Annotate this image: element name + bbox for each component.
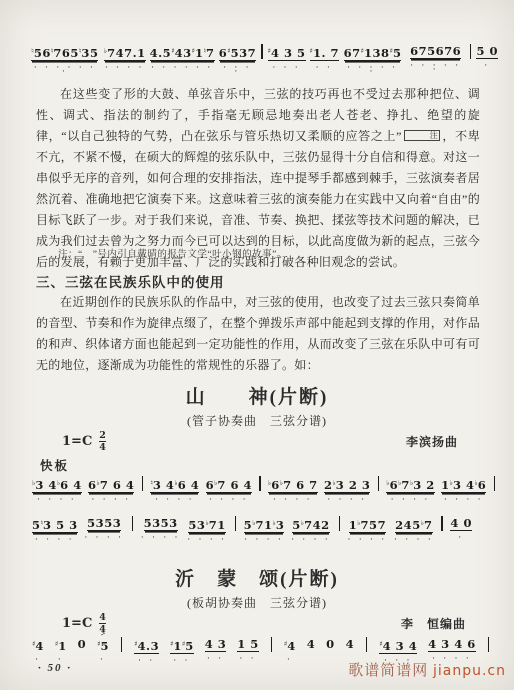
accidental: ♭ <box>268 478 271 487</box>
accidental: ♭ <box>386 478 389 487</box>
notation-notes: 0 <box>78 637 87 651</box>
notation-notes: 4 <box>346 637 355 651</box>
notation-group: 5♮3 5 3· · · · <box>32 516 78 541</box>
notation-notes: ♯1 <box>55 637 67 653</box>
octave-dots: · · · · <box>84 535 124 539</box>
notation-notes: 5♭71♭3 <box>244 516 285 533</box>
accidental: ♭ <box>97 478 100 487</box>
notation-group: 5♭71♭3· · · · <box>244 516 285 541</box>
notation-notes: ♭6♭7 6 7 <box>268 476 318 493</box>
accidental: ♭ <box>410 478 413 487</box>
notation-group: >♯5· <box>97 637 109 661</box>
accidental: ♯ <box>310 46 313 55</box>
octave-dots: · · · · <box>209 497 249 501</box>
notation-group: ♭6♭7 6 7· · · · <box>268 476 318 501</box>
notation-group: 5♭742· · · · <box>291 516 331 541</box>
accidental: ♯ <box>97 639 100 648</box>
notation-notes: 5♭742 <box>292 516 329 533</box>
notation-notes: 1 5 <box>237 637 259 652</box>
barline <box>132 516 133 531</box>
octave-dots: · <box>484 63 490 67</box>
piece2-key-row: 1=C 4 4 李 恒编曲 <box>62 613 466 634</box>
notation-group: ♯4· <box>284 637 296 661</box>
octave-dots: · · · · · · <box>343 65 402 73</box>
notation-notes: 6♯537 <box>219 44 256 61</box>
notation-notes: 5 0 <box>476 44 498 59</box>
accidental: ♭ <box>332 478 335 487</box>
octave-dots: · · <box>138 658 155 662</box>
accidental: ♯ <box>55 639 58 648</box>
octave-dots: · · · · · · <box>151 65 213 69</box>
notation-group: 4 3 4 6· · · · <box>428 637 476 660</box>
meter-numerator: 4 <box>99 613 106 623</box>
notation-group: 4 <box>346 637 355 651</box>
barline <box>259 476 260 491</box>
notation-group: ♭747.1· · · · <box>104 44 146 69</box>
notation-notes: 245♭7 <box>395 516 432 533</box>
notation-group: 53♭71· · · · <box>187 516 227 541</box>
notation-notes: ♭747.1 <box>104 44 146 61</box>
accidental: ♭ <box>214 478 217 487</box>
notation-group: 4 <box>307 637 316 651</box>
notation-notes: 6♭7 6 4 <box>206 476 252 493</box>
piece1-title: 山 神(片断) <box>0 382 514 409</box>
notation-group: 5353· · · · <box>141 516 181 539</box>
notation-notes: 5353 <box>144 516 178 531</box>
accidental: ♭ <box>205 518 208 527</box>
barline <box>235 516 236 531</box>
octave-dots: · · · · <box>141 535 181 539</box>
notation-notes: ♯4 3 4 <box>379 637 417 654</box>
piece2-key-signature: 1=C 4 4 <box>62 613 106 634</box>
notation-group: ♯4 3 5· · · <box>268 44 306 69</box>
octave-dots: · · · · <box>155 497 195 501</box>
section-heading: 三、三弦在民族乐队中的使用 <box>36 271 225 291</box>
barline <box>378 476 379 491</box>
notation-line-top: ♮56♮765♮35· · · · · · ·♭747.1· · · ·4.5♯… <box>28 44 500 73</box>
octave-dots: · · <box>207 656 224 660</box>
notation-group: 6♯537· · · · <box>219 44 257 73</box>
piece1-notation-line-2: 5♮3 5 3· · · ·5353· · · ·5353· · · ·53♭7… <box>30 516 474 541</box>
notation-notes: 4.5♯43♯1♮7 <box>150 44 215 61</box>
notation-group: 245♭7· · · · <box>394 516 434 541</box>
paragraph-2: 在近期创作的民族乐队的作品中，对三弦的使用，也改变了过去三弦只奏简单的音型、节奏… <box>36 292 480 376</box>
notation-group: ♯4· <box>32 637 44 661</box>
notation-group: ♮3 4♭6 4· · · · <box>150 476 199 501</box>
notation-notes: 6♭7 6 4 <box>88 476 134 493</box>
notation-group: ♭6♭7♭3 2· · · · <box>386 476 435 501</box>
barline <box>339 516 340 531</box>
notation-notes: ♯4 <box>32 637 44 653</box>
notation-notes: ♭6♭7♭3 2 <box>386 476 435 493</box>
notation-notes: ♯4.3 <box>134 637 159 654</box>
notation-notes: 4 0 <box>450 516 472 531</box>
accidental: ♮ <box>79 46 82 55</box>
piece2-composer: 李 恒编曲 <box>401 615 466 632</box>
notation-group: ♯1· <box>55 637 67 661</box>
accidental: ♭ <box>273 518 276 527</box>
notation-notes: 1♭3 4♭6 <box>441 476 486 493</box>
octave-dots: · · · · <box>391 497 431 501</box>
piece1-time-signature: 2 4 <box>99 431 106 452</box>
octave-dots: · · · <box>272 65 301 69</box>
notation-group: 4.5♯43♯1♮7· · · · · · <box>150 44 215 69</box>
accidental: ♮ <box>150 478 153 487</box>
accidental: ♯ <box>227 46 230 55</box>
notation-group: ♯1♯5· · <box>170 637 194 662</box>
barline <box>366 637 367 652</box>
accidental: ♮ <box>51 46 54 55</box>
octave-dots: · · <box>316 65 333 69</box>
accidental: ♯ <box>284 639 287 648</box>
notation-notes: 4 <box>307 637 316 651</box>
notation-notes: ♯4 3 5 <box>268 44 306 61</box>
piece2-key: 1=C <box>62 616 92 631</box>
accidental: ♯ <box>182 639 185 648</box>
piece1-key: 1=C <box>62 434 92 449</box>
octave-dots: · · · · <box>187 537 227 541</box>
accidental: ♭ <box>252 518 255 527</box>
octave-dots: · · · · <box>105 65 145 69</box>
octave-dots: · · · · <box>273 497 313 501</box>
watermark-site-name: 歌谱简谱网 <box>348 663 428 679</box>
octave-dots: · · · · <box>244 537 284 541</box>
accidental: ♭ <box>174 478 177 487</box>
barline <box>271 637 272 652</box>
accidental: ♯ <box>361 46 364 55</box>
piece1-notation-line-1: ♭3 4♭6 4· · · ·6♭7 6 4· · · ·♮3 4♭6 4· ·… <box>30 476 498 501</box>
notation-group: ♮56♮765♮35· · · · · · · <box>30 44 100 73</box>
meter-denominator: 4 <box>99 441 106 453</box>
octave-dots: · <box>35 657 41 661</box>
notation-group: ♭3 4♭6 4· · · · <box>32 476 82 501</box>
octave-dots: · · · · <box>91 497 131 501</box>
octave-dots: · · · · · · <box>406 63 465 71</box>
notation-group: 2♭3 2 3· · · · <box>324 476 370 501</box>
notation-group: 4 3· · <box>205 637 227 660</box>
notation-notes: 5♮3 5 3 <box>32 516 78 533</box>
piece1-key-signature: 1=C 2 4 <box>62 431 106 452</box>
octave-dots: · · <box>239 656 256 660</box>
accidental: ♭ <box>450 478 453 487</box>
octave-dots: · · · · <box>37 497 77 501</box>
piece1-tempo: 快板 <box>40 456 69 474</box>
octave-dots: · <box>458 535 464 539</box>
notation-notes: 0 <box>326 637 335 651</box>
octave-dots: · <box>287 657 293 661</box>
accidental: ♭ <box>32 478 35 487</box>
scanned-music-book-page: ♮56♮765♮35· · · · · · ·♭747.1· · · ·4.5♯… <box>0 0 514 690</box>
notation-notes: ♯4 <box>284 637 296 653</box>
meter-numerator: 2 <box>99 431 106 441</box>
notation-notes: ♯1. 7 <box>310 44 339 61</box>
notation-group: 6♭7 6 4· · · · <box>206 476 252 501</box>
piece2-subtitle: (板胡协奏曲 三弦分谱) <box>0 594 514 611</box>
notation-notes: 4 3 <box>205 637 227 652</box>
accidental: ♭ <box>398 478 401 487</box>
accidental: ♯ <box>171 46 174 55</box>
watermark-url: jianpu.cn <box>433 663 506 679</box>
accidental: ♯ <box>192 46 195 55</box>
accidental: ♯ <box>134 639 137 648</box>
octave-dots: · · · · <box>35 537 75 541</box>
barline <box>441 516 442 531</box>
notation-group: 1 5· · <box>237 637 259 660</box>
notation-notes: ♮56♮765♮35 <box>31 44 98 61</box>
notation-group: 67♯138♯5· · · · · · <box>343 44 402 73</box>
accidental: ♯ <box>390 46 393 55</box>
notation-group: 5 0· <box>476 44 498 67</box>
paragraph-1: 在这些变了形的大鼓、单弦音乐中，三弦的技巧再也不受过去那种把位、调性、调式、指法… <box>36 84 480 273</box>
notation-notes: 675676 <box>410 44 461 59</box>
notation-notes: 53♭71 <box>188 516 225 533</box>
barline <box>261 44 262 59</box>
barline <box>488 637 489 652</box>
accidental: ♯ <box>32 639 35 648</box>
accidental: ♭ <box>421 518 424 527</box>
octave-dots: · <box>100 657 106 661</box>
barline <box>121 637 122 652</box>
accent-mark: > <box>101 629 106 638</box>
accidental: ♮ <box>204 46 207 55</box>
notation-group: 6♭7 6 4· · · · <box>88 476 134 501</box>
notation-notes: ♭3 4♭6 4 <box>32 476 82 493</box>
octave-dots: · <box>58 657 64 661</box>
notation-notes: ♯5 <box>97 637 109 653</box>
notation-notes: ♯1♯5 <box>170 637 194 654</box>
footnote: 注：“ ”号内引自戴晴的报告文学“叶小钢的故事”。 <box>58 246 287 260</box>
notation-notes: 4 3 4 6 <box>428 637 476 652</box>
octave-dots: · · · · <box>291 537 331 541</box>
octave-dots: · · <box>173 658 190 662</box>
piece2-title: 沂 蒙 颂(片断) <box>0 564 514 591</box>
accidental: ♮ <box>31 46 34 55</box>
page-number: · 50 · <box>38 662 72 674</box>
notation-group: 675676· · · · · · <box>406 44 465 71</box>
octave-dots: · · · · <box>327 497 367 501</box>
notation-notes: ♮3 4♭6 4 <box>150 476 199 493</box>
octave-dots: · · · · <box>394 537 434 541</box>
notation-group: ♯1. 7· · <box>310 44 339 69</box>
barline <box>470 44 471 59</box>
piece1-key-row: 1=C 2 4 李滨扬曲 <box>62 431 458 452</box>
notation-group: 1♭757· · · · <box>348 516 388 541</box>
octave-dots: · · · · <box>444 497 484 501</box>
notation-group: ♯4.3· · <box>134 637 159 662</box>
accidental: ♯ <box>170 639 173 648</box>
notation-notes: 67♯138♯5 <box>344 44 402 61</box>
accidental: ♭ <box>104 46 107 55</box>
octave-dots: · · · · <box>348 537 388 541</box>
notation-group: 0 <box>78 637 87 651</box>
octave-dots: · · · · <box>219 65 257 73</box>
piece1-subtitle: (管子协奏曲 三弦分谱) <box>0 412 514 429</box>
piece1-composer: 李滨扬曲 <box>406 433 458 450</box>
notation-group: 4 0· <box>450 516 472 539</box>
notation-group: 5353· · · · <box>84 516 124 539</box>
footnote-marker: 注 <box>404 130 440 141</box>
octave-dots: · · · · · · · <box>30 65 100 73</box>
watermark: 歌谱简谱网 jianpu.cn <box>348 659 506 680</box>
accidental: ♭ <box>357 518 360 527</box>
accidental: ♭ <box>301 518 304 527</box>
accidental: ♯ <box>379 639 382 648</box>
notation-notes: 1♭757 <box>349 516 386 533</box>
barline <box>494 476 495 491</box>
accidental: ♭ <box>280 478 283 487</box>
accidental: ♭ <box>57 478 60 487</box>
notation-notes: 2♭3 2 3 <box>324 476 370 493</box>
accidental: ♯ <box>268 46 271 55</box>
barline <box>142 476 143 491</box>
notation-group: 1♭3 4♭6· · · · <box>441 476 486 501</box>
notation-group: 0 <box>326 637 335 651</box>
accidental: ♭ <box>474 478 477 487</box>
notation-notes: 5353 <box>87 516 121 531</box>
accidental: ♮ <box>41 518 44 527</box>
